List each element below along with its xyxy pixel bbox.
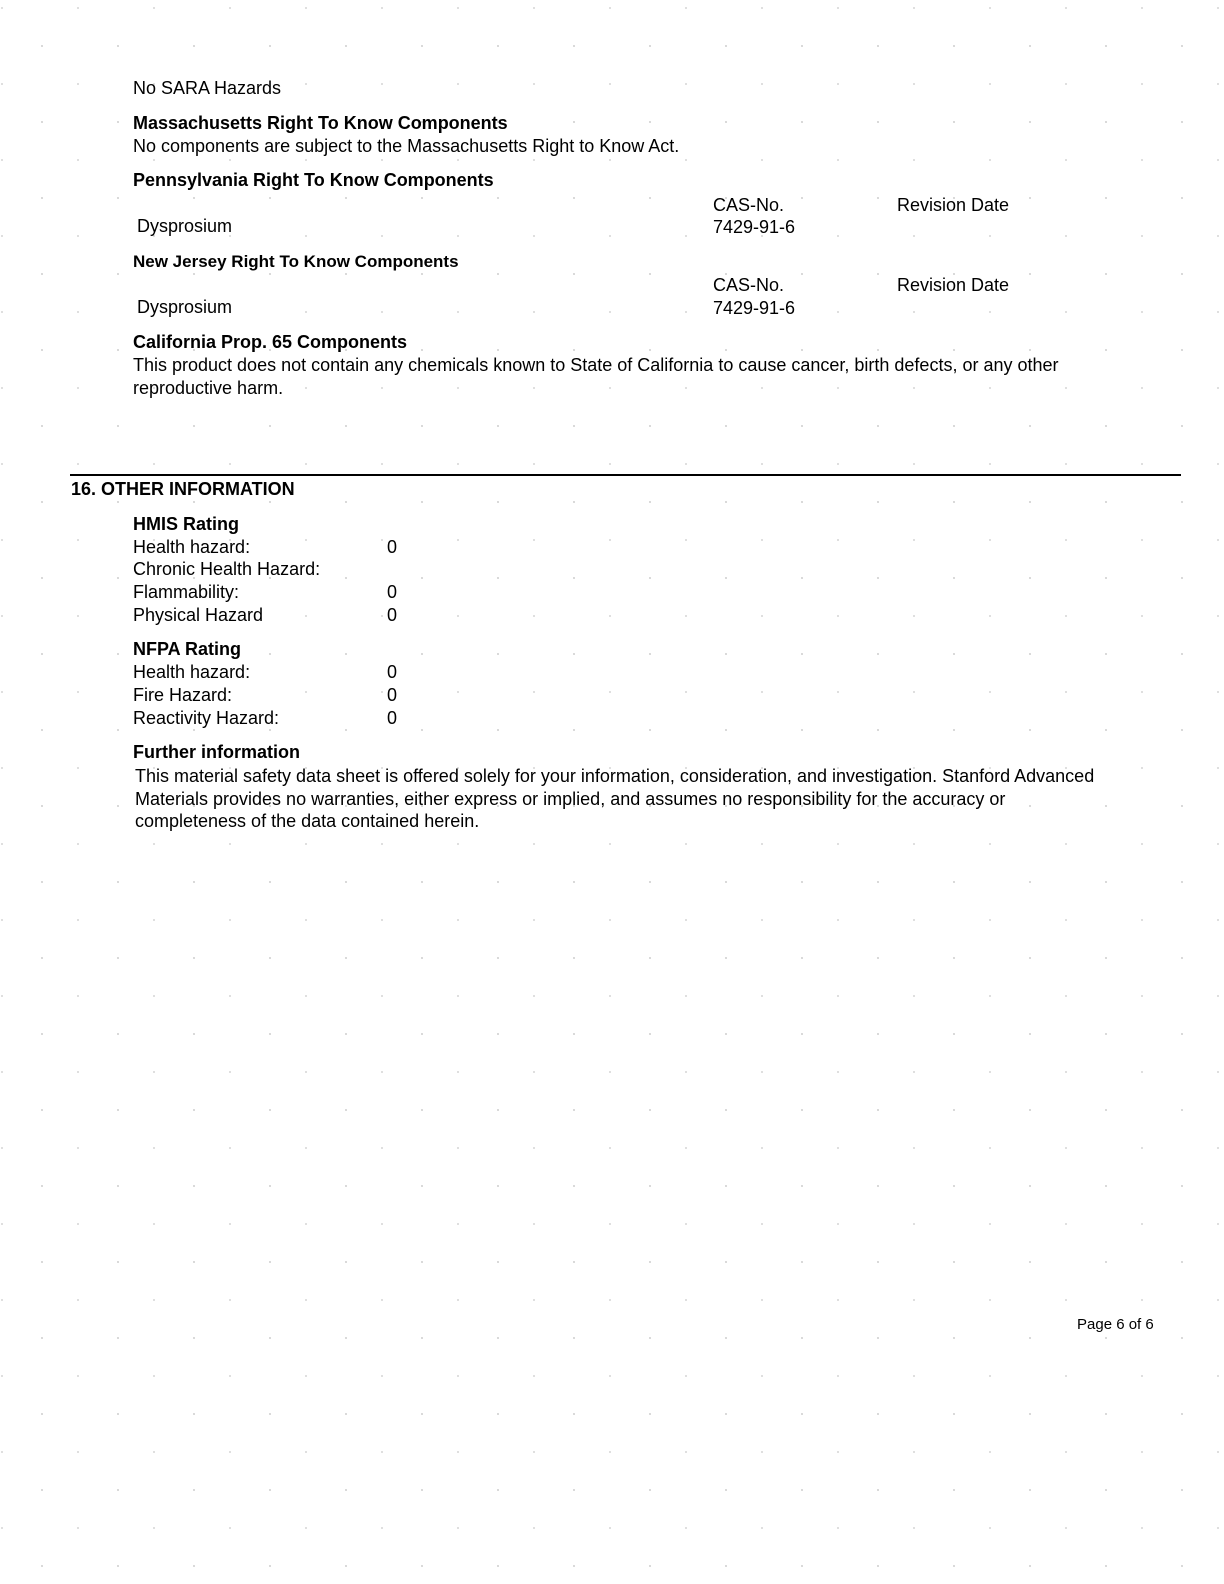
further-information-heading: Further information <box>133 741 300 763</box>
nfpa-label: Reactivity Hazard: <box>133 707 279 729</box>
hmis-value: 0 <box>387 581 397 603</box>
new-jersey-revision-header: Revision Date <box>897 274 1009 296</box>
pennsylvania-component-name: Dysprosium <box>137 215 232 237</box>
nfpa-value: 0 <box>387 684 397 706</box>
new-jersey-cas-header: CAS-No. <box>713 274 784 296</box>
nfpa-label: Health hazard: <box>133 661 250 683</box>
hmis-heading: HMIS Rating <box>133 513 239 535</box>
nfpa-label: Fire Hazard: <box>133 684 232 706</box>
hmis-value: 0 <box>387 604 397 626</box>
pennsylvania-heading: Pennsylvania Right To Know Components <box>133 169 494 191</box>
massachusetts-heading: Massachusetts Right To Know Components <box>133 112 508 134</box>
nfpa-heading: NFPA Rating <box>133 638 241 660</box>
pennsylvania-cas-header: CAS-No. <box>713 194 784 216</box>
further-information-text: This material safety data sheet is offer… <box>135 765 1110 833</box>
hmis-value: 0 <box>387 536 397 558</box>
california-heading: California Prop. 65 Components <box>133 331 407 353</box>
pennsylvania-component-cas: 7429-91-6 <box>713 216 795 238</box>
hmis-label: Physical Hazard <box>133 604 263 626</box>
section-divider <box>70 474 1181 476</box>
hmis-label: Flammability: <box>133 581 239 603</box>
section-16-heading: 16. OTHER INFORMATION <box>71 478 295 500</box>
new-jersey-component-name: Dysprosium <box>137 296 232 318</box>
massachusetts-text: No components are subject to the Massach… <box>133 135 679 157</box>
nfpa-value: 0 <box>387 661 397 683</box>
nfpa-value: 0 <box>387 707 397 729</box>
hmis-label: Health hazard: <box>133 536 250 558</box>
california-text: This product does not contain any chemic… <box>133 354 1123 399</box>
hmis-label: Chronic Health Hazard: <box>133 558 320 580</box>
new-jersey-component-cas: 7429-91-6 <box>713 297 795 319</box>
page-number: Page 6 of 6 <box>1077 1316 1154 1333</box>
new-jersey-heading: New Jersey Right To Know Components <box>133 251 459 273</box>
pennsylvania-revision-header: Revision Date <box>897 194 1009 216</box>
sara-statement: No SARA Hazards <box>133 77 281 99</box>
